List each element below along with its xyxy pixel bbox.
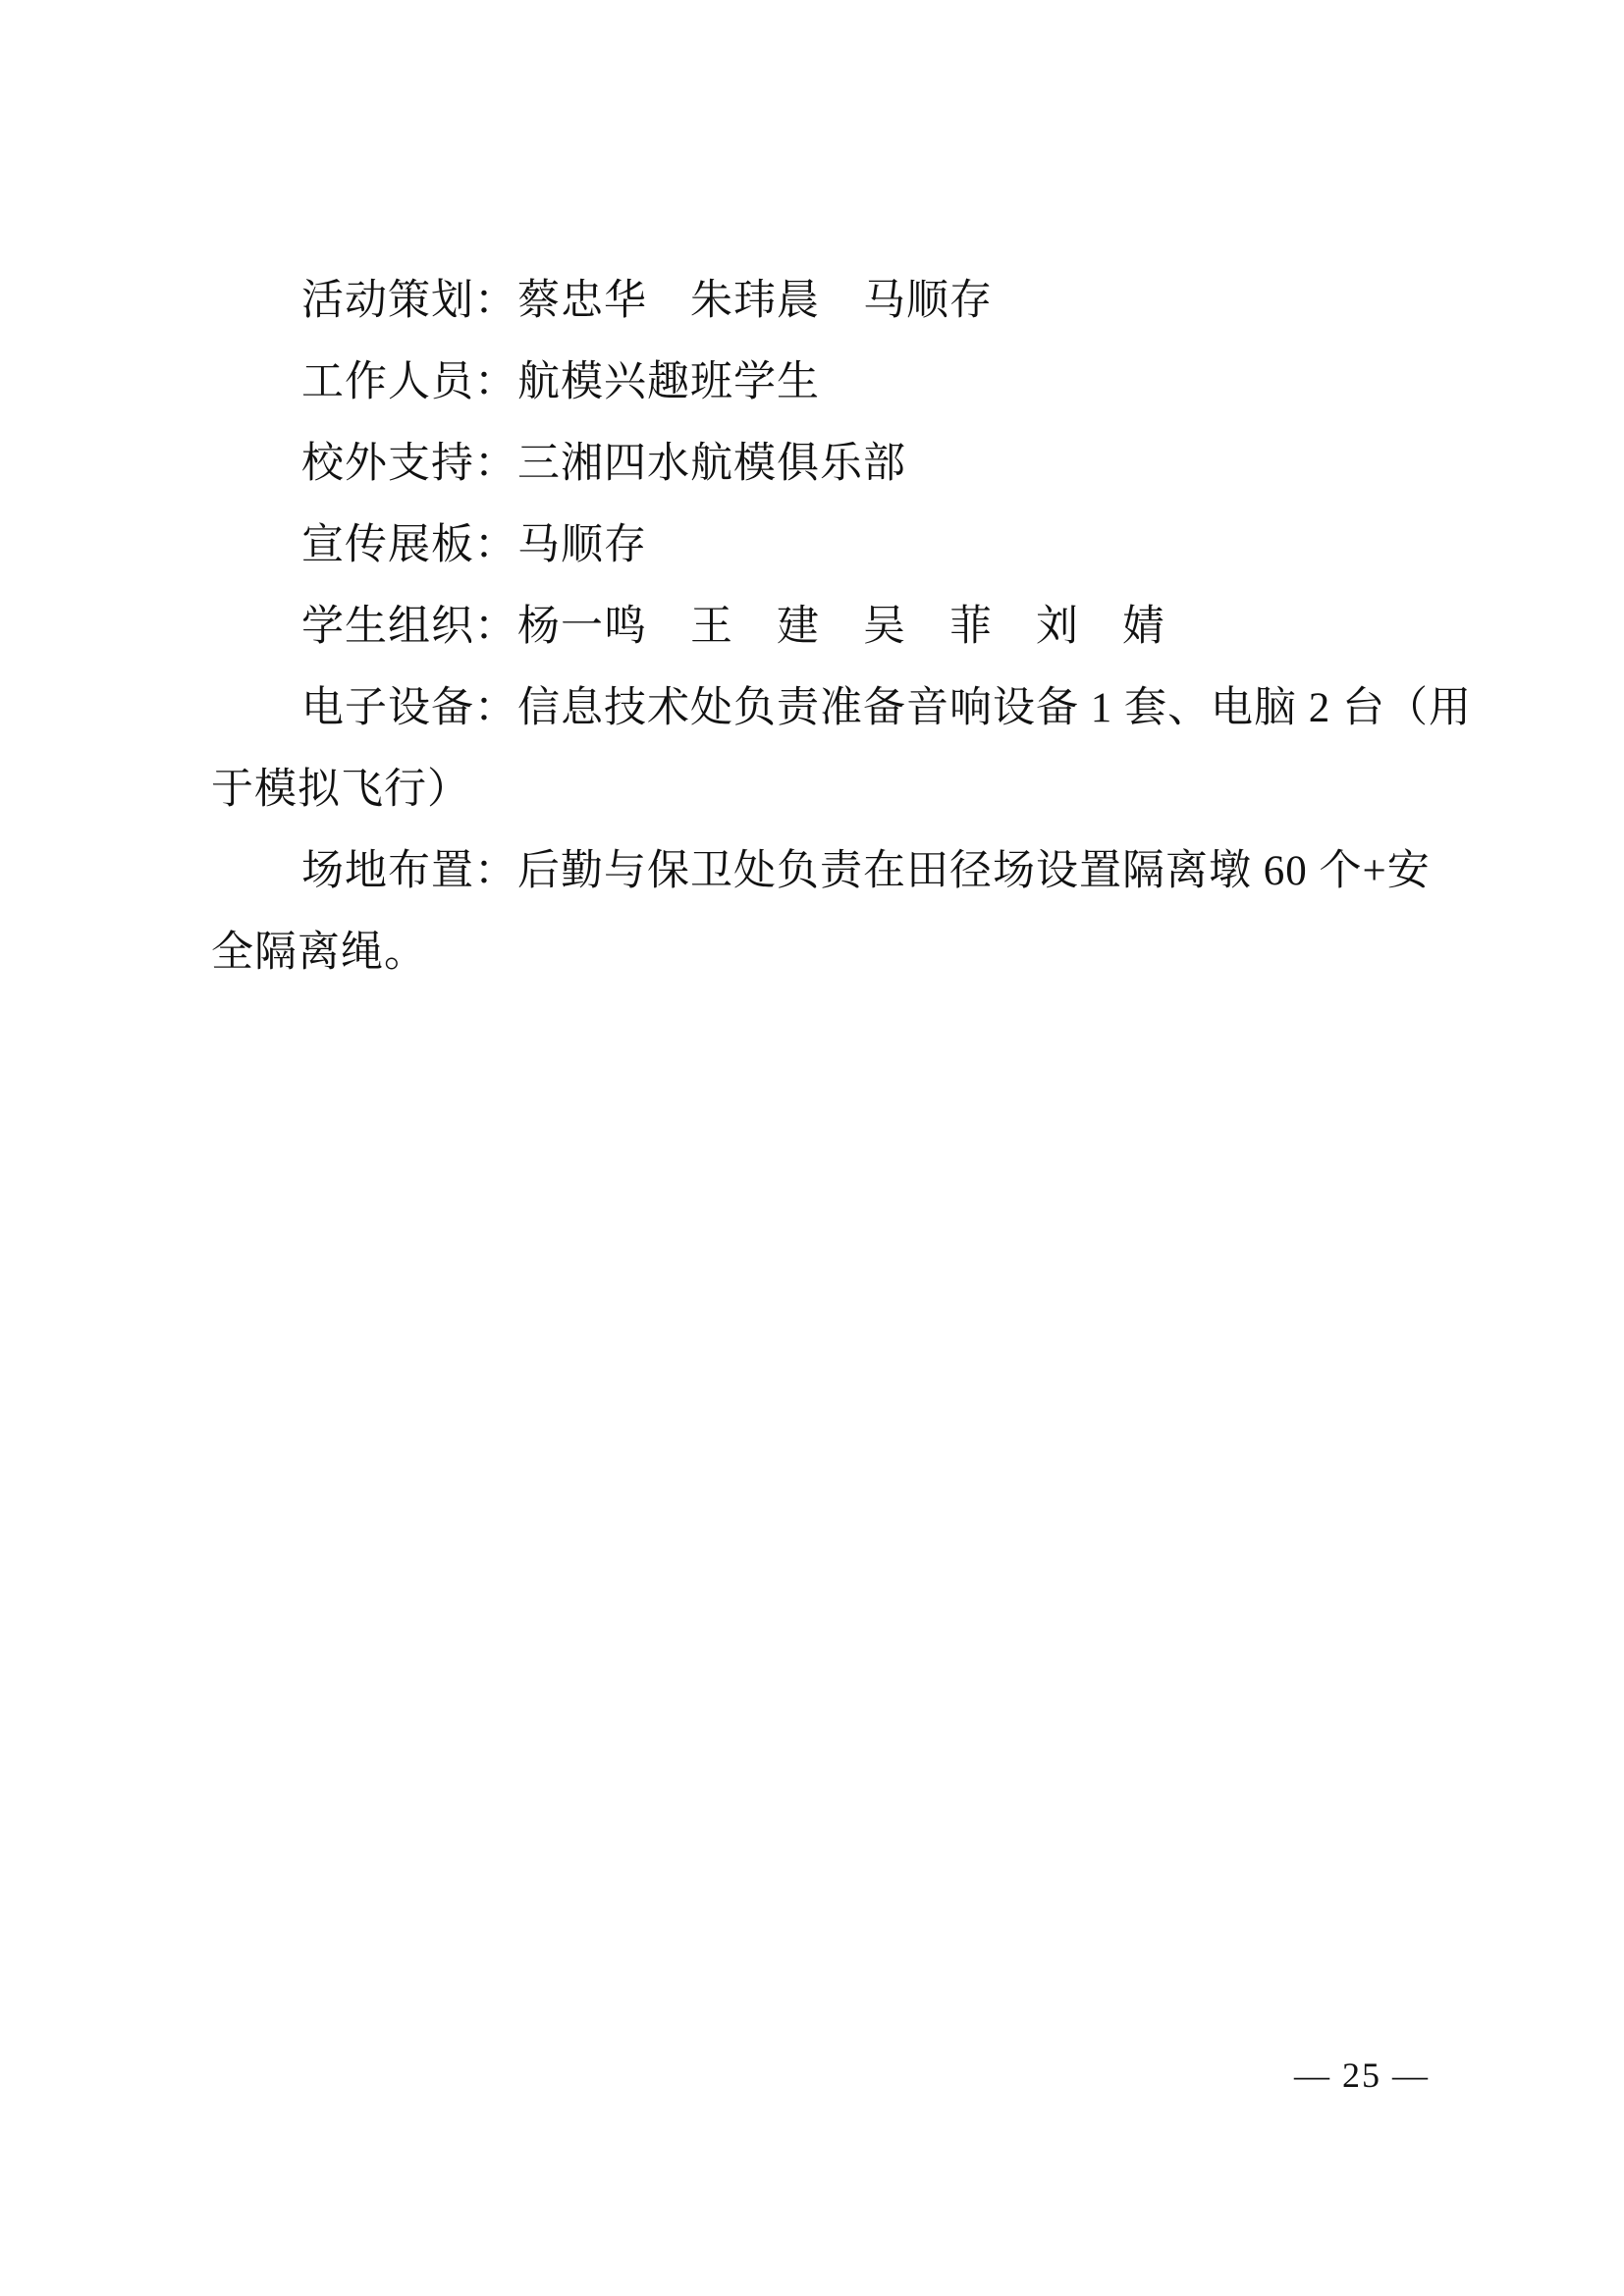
page-number: — 25 — [1294,2055,1430,2096]
document-line-continuation: 于模拟飞行） [211,749,1448,830]
document-line: 电子设备：信息技术处负责准备音响设备 1 套、电脑 2 台（用 [211,667,1448,749]
document-line-continuation: 全隔离绳。 [211,912,1448,993]
document-line: 活动策划：蔡忠华 朱玮晨 马顺存 [211,260,1448,342]
document-page: 活动策划：蔡忠华 朱玮晨 马顺存 工作人员：航模兴趣班学生 校外支持：三湘四水航… [0,0,1624,2296]
document-line: 学生组织：杨一鸣 王 建 吴 菲 刘 婧 [211,586,1448,667]
document-body: 活动策划：蔡忠华 朱玮晨 马顺存 工作人员：航模兴趣班学生 校外支持：三湘四水航… [211,260,1448,993]
document-line: 工作人员：航模兴趣班学生 [211,342,1448,423]
document-line: 宣传展板：马顺存 [211,505,1448,586]
document-line: 校外支持：三湘四水航模俱乐部 [211,423,1448,505]
document-line: 场地布置：后勤与保卫处负责在田径场设置隔离墩 60 个+安 [211,830,1448,912]
